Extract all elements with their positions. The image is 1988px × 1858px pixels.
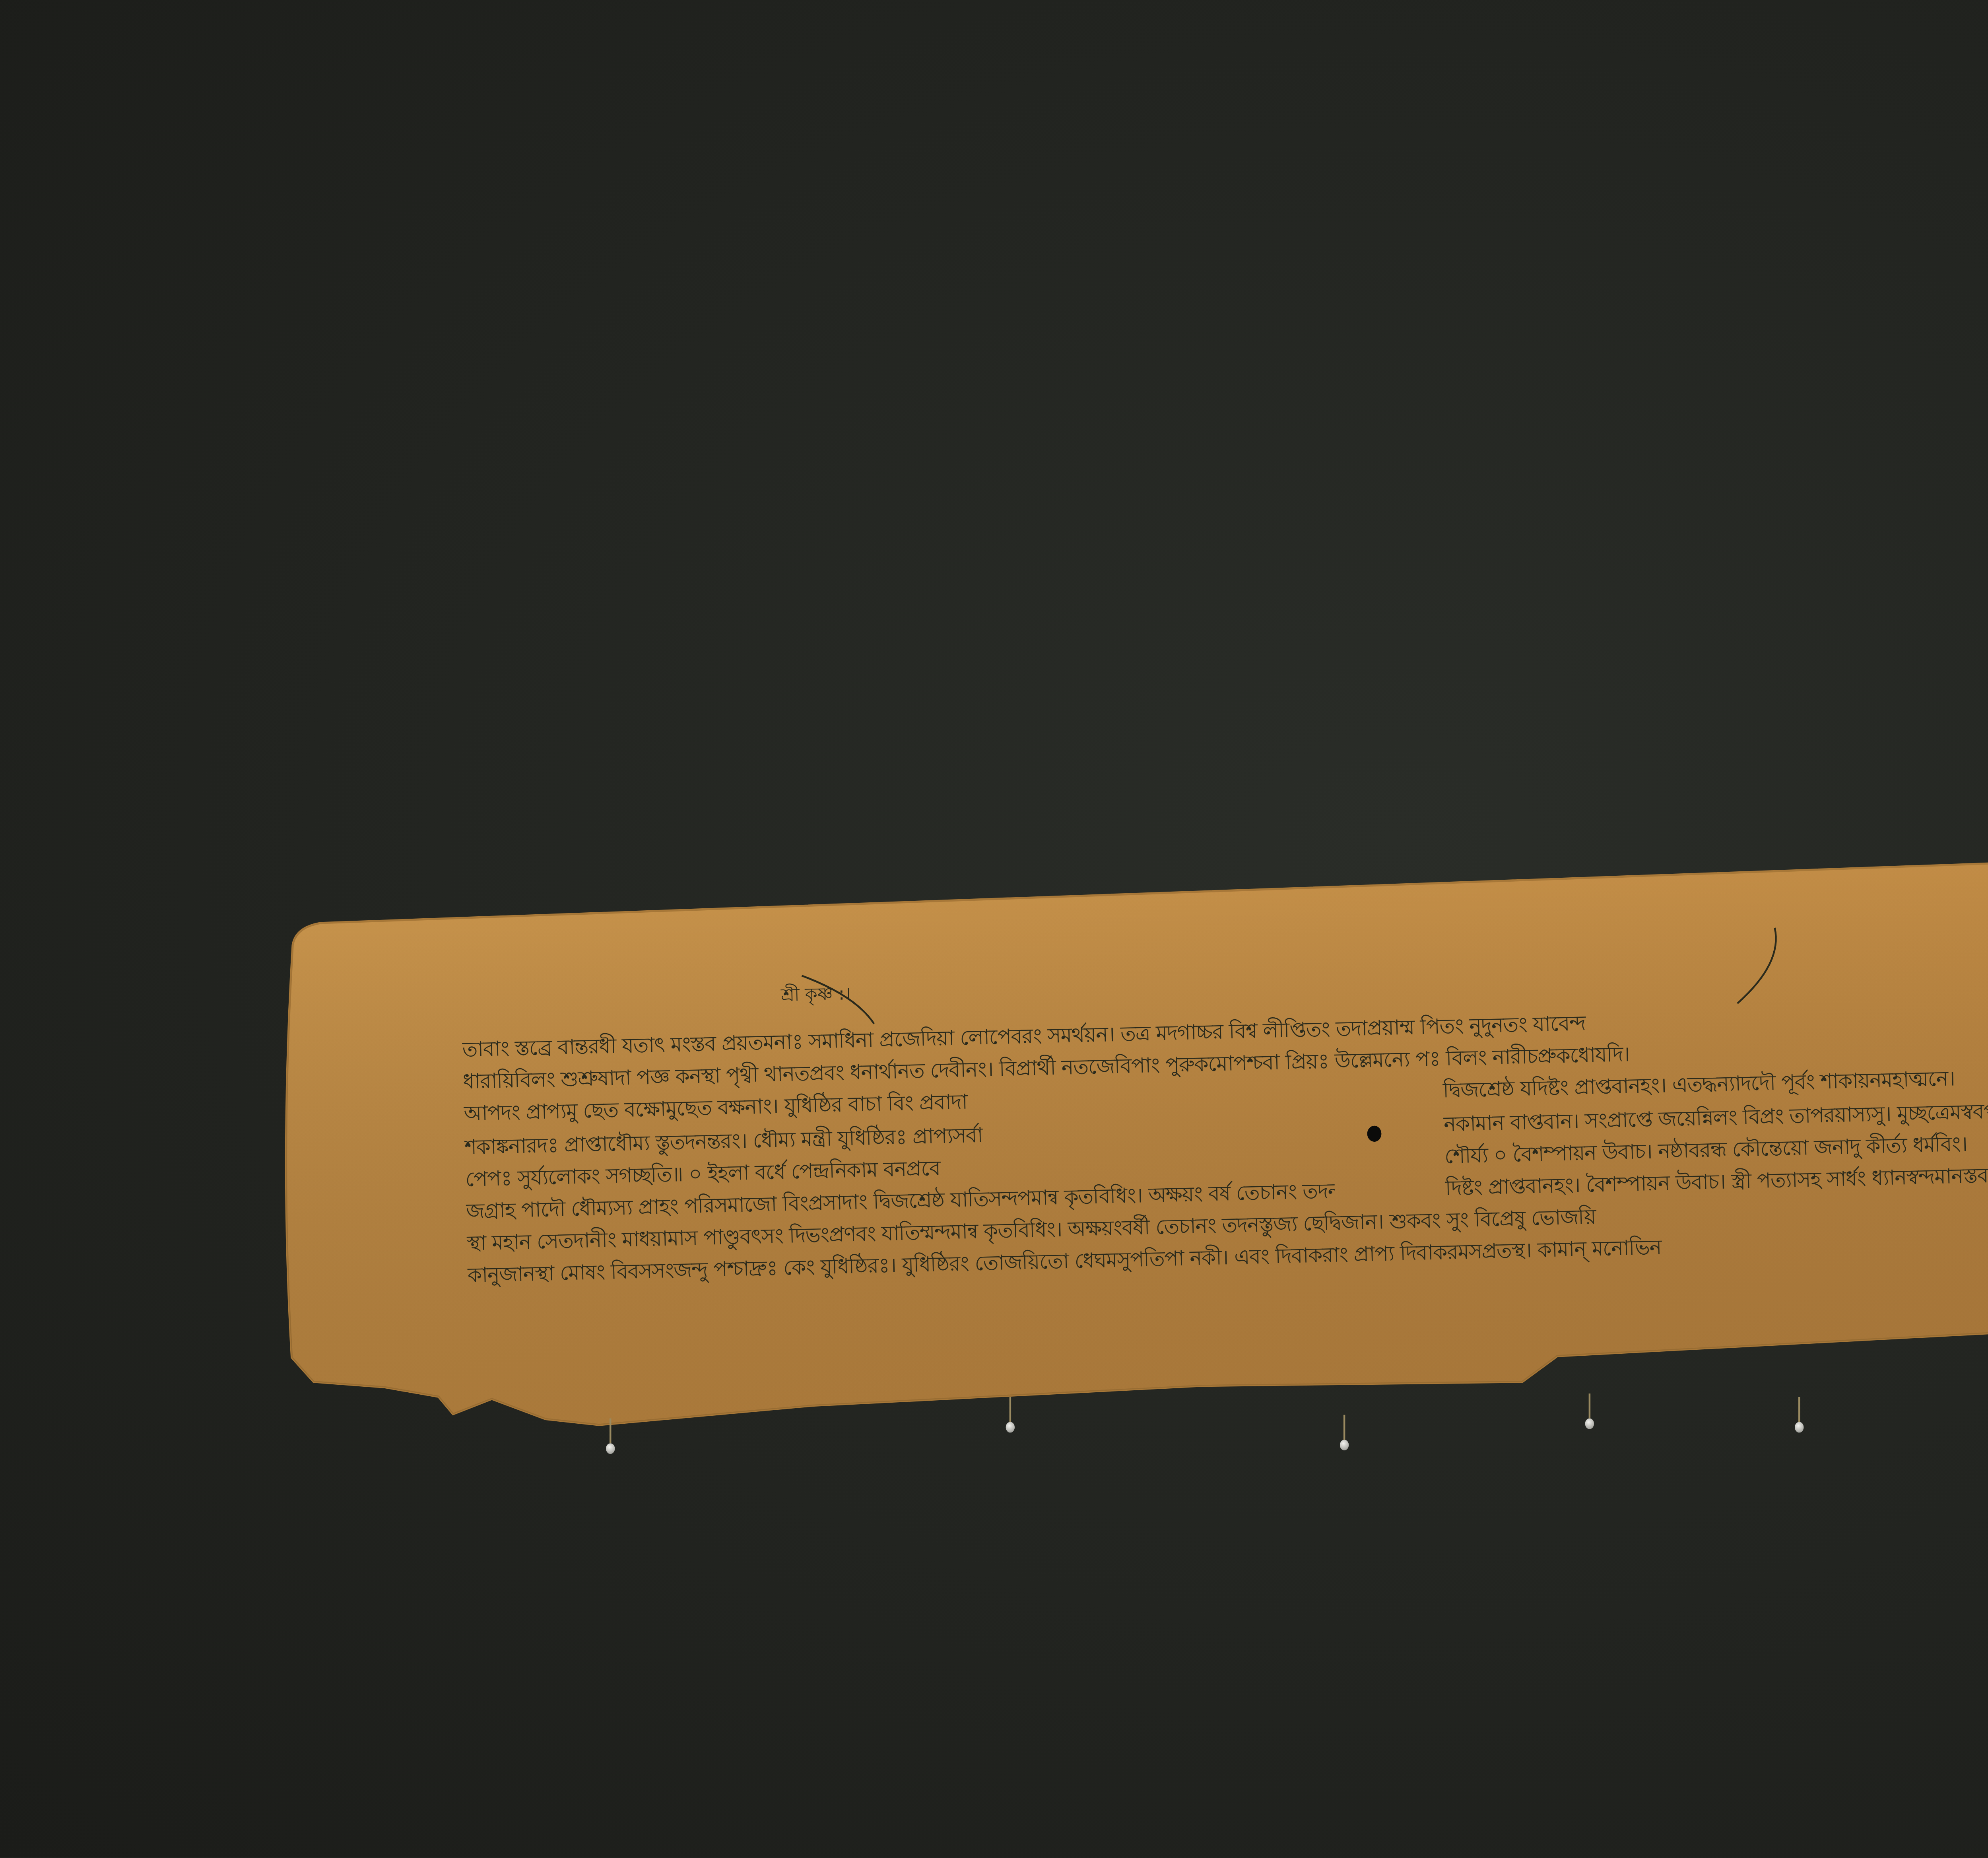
photo-scene: শ্রী কৃষ্ণ :। শ্রী ৪ঃ — তাবাং স্তব্রে বা…	[0, 0, 1988, 1858]
mounting-pin	[1340, 1440, 1349, 1450]
manuscript-text: তাবাং স্তব্রে বান্তরধী যতাৎ মংস্তব প্রয়…	[462, 990, 1988, 1292]
mounting-pin	[1006, 1422, 1015, 1433]
mounting-pin	[1795, 1422, 1804, 1433]
mounting-pin	[1585, 1419, 1594, 1429]
mounting-pin	[606, 1443, 615, 1454]
folio-heading: শ্রী কৃষ্ণ :।	[780, 981, 851, 1013]
manuscript-folio: শ্রী কৃষ্ণ :। শ্রী ৪ঃ — তাবাং স্তব্রে বা…	[266, 842, 1988, 1425]
